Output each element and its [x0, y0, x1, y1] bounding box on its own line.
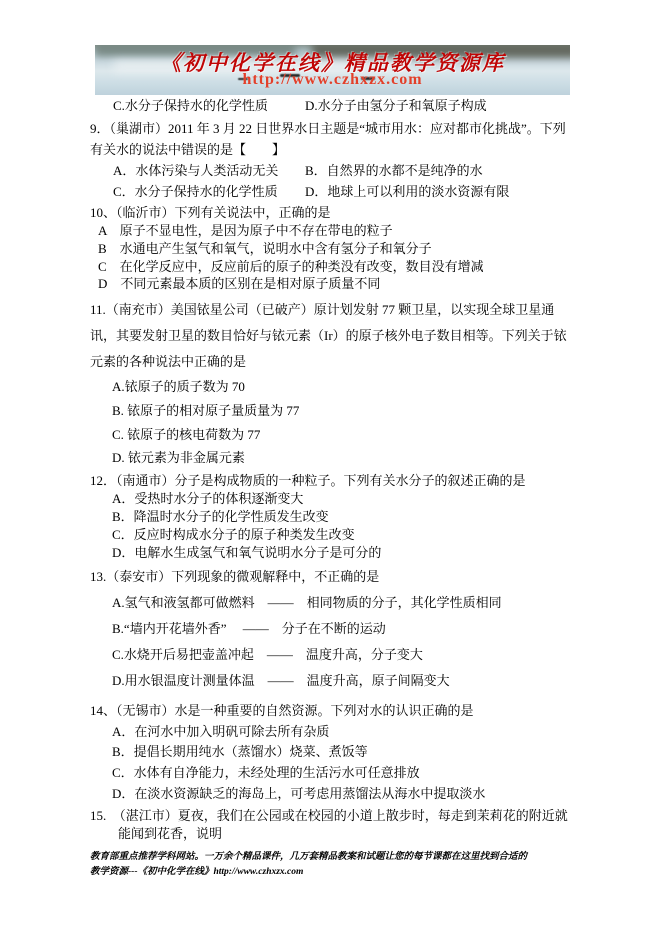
question-option: C．水体有自净能力，未经处理的生活污水可任意排放: [90, 763, 574, 784]
question-option: A．水体污染与人类活动无关: [113, 160, 305, 181]
question-option: D.用水银温度计测量体温 —— 温度升高，原子间隔变大: [90, 668, 574, 694]
question-block-11: 11.（南充市）美国铱星公司（已破产）原计划发射 77 颗卫星，以实现全球卫星通…: [90, 297, 574, 470]
question-block-14: 14、（无锡市）水是一种重要的自然资源。下列对水的认识正确的是 A．在河水中加入…: [90, 701, 574, 805]
question-option: A 原子不显电性，是因为原子中不存在带电的粒子: [90, 222, 574, 240]
question-option: B.“墙内开花墙外香” —— 分子在不断的运动: [90, 616, 574, 642]
footer-line: 教育部重点推荐学科网站。一万余个精品课件，几万套精品教案和试题让您的每节课都在这…: [90, 850, 574, 865]
question-block-10: 10、（临沂市）下列有关说法中，正确的是 A 原子不显电性，是因为原子中不存在带…: [90, 204, 574, 294]
question-block-13: 13.（泰安市）下列现象的微观解释中，不正确的是 A.氢气和液氢都可做燃料 ——…: [90, 564, 574, 694]
question-option: C.水分子保持水的化学性质: [113, 97, 305, 115]
options-row: A．水体污染与人类活动无关 B．自然界的水都不是纯净的水: [90, 160, 574, 181]
question-option: A.氢气和液氢都可做燃料 —— 相同物质的分子，其化学性质相同: [90, 590, 574, 616]
question-option: D．在淡水资源缺乏的海岛上，可考虑用蒸馏法从海水中提取淡水: [90, 784, 574, 805]
question-option: D.水分子由氢分子和氧原子构成: [305, 97, 574, 115]
footer-line: 教学资源---《初中化学在线》http://www.czhxzx.com: [90, 865, 574, 880]
question-option: C 在化学反应中，反应前后的原子的种类没有改变，数目没有增减: [90, 258, 574, 276]
question-option: B．自然界的水都不是纯净的水: [305, 160, 574, 181]
question-option: B. 铱原子的相对原子量质量为 77: [90, 399, 574, 423]
question-option: A．在河水中加入明矾可除去所有杂质: [90, 722, 574, 743]
previous-question-options-row: C.水分子保持水的化学性质 D.水分子由氢分子和氧原子构成: [90, 97, 574, 115]
question-option: B 水通电产生氢气和氧气，说明水中含有氢分子和氧分子: [90, 240, 574, 258]
question-stem: 13.（泰安市）下列现象的微观解释中，不正确的是: [90, 564, 574, 590]
question-option: B．提倡长期用纯水（蒸馏水）烧菜、煮饭等: [90, 742, 574, 763]
options-row: C．水分子保持水的化学性质 D．地球上可以利用的淡水资源有限: [90, 181, 574, 202]
document-page: 《初中化学在线》精品教学资源库 http://www.czhxzx.com C.…: [0, 0, 661, 935]
page-footer: 教育部重点推荐学科网站。一万余个精品课件，几万套精品教案和试题让您的每节课都在这…: [90, 850, 574, 880]
question-block-9: 9．（巢湖市）2011 年 3 月 22 日世界水日主题是“城市用水：应对都市化…: [90, 118, 574, 202]
question-option: D．电解水生成氢气和氧气说明水分子是可分的: [90, 544, 574, 562]
question-block-12: 12．（南通市）分子是构成物质的一种粒子。下列有关水分子的叙述正确的是 A．受热…: [90, 472, 574, 562]
question-stem: 14、（无锡市）水是一种重要的自然资源。下列对水的认识正确的是: [90, 701, 574, 722]
question-option: C．水分子保持水的化学性质: [113, 181, 305, 202]
question-stem: 11.（南充市）美国铱星公司（已破产）原计划发射 77 颗卫星，以实现全球卫星通…: [90, 297, 574, 375]
question-stem: 10、（临沂市）下列有关说法中，正确的是: [90, 204, 574, 222]
question-option: A.铱原子的质子数为 70: [90, 375, 574, 399]
question-stem: 12．（南通市）分子是构成物质的一种粒子。下列有关水分子的叙述正确的是: [90, 472, 574, 490]
question-stem: 9．（巢湖市）2011 年 3 月 22 日世界水日主题是“城市用水：应对都市化…: [90, 118, 574, 160]
question-option: A．受热时水分子的体积逐渐变大: [90, 490, 574, 508]
site-banner: 《初中化学在线》精品教学资源库 http://www.czhxzx.com: [95, 45, 570, 95]
banner-url: http://www.czhxzx.com: [95, 71, 570, 89]
question-option: D．地球上可以利用的淡水资源有限: [305, 181, 574, 202]
question-block-15: 15. （湛江市）夏夜，我们在公园或在校园的小道上散步时，每走到茉莉花的附近就能…: [90, 807, 574, 843]
question-option: D. 铱元素为非金属元素: [90, 446, 574, 470]
question-option: C.水烧开后易把壶盖冲起 —— 温度升高，分子变大: [90, 642, 574, 668]
question-stem: 15. （湛江市）夏夜，我们在公园或在校园的小道上散步时，每走到茉莉花的附近就能…: [90, 807, 574, 843]
question-option: C. 铱原子的核电荷数为 77: [90, 423, 574, 447]
exam-content: C.水分子保持水的化学性质 D.水分子由氢分子和氧原子构成 9．（巢湖市）201…: [90, 97, 574, 880]
question-option: B．降温时水分子的化学性质发生改变: [90, 508, 574, 526]
question-option: D 不同元素最本质的区别在是相对原子质量不同: [90, 275, 574, 293]
question-option: C．反应时构成水分子的原子种类发生改变: [90, 526, 574, 544]
